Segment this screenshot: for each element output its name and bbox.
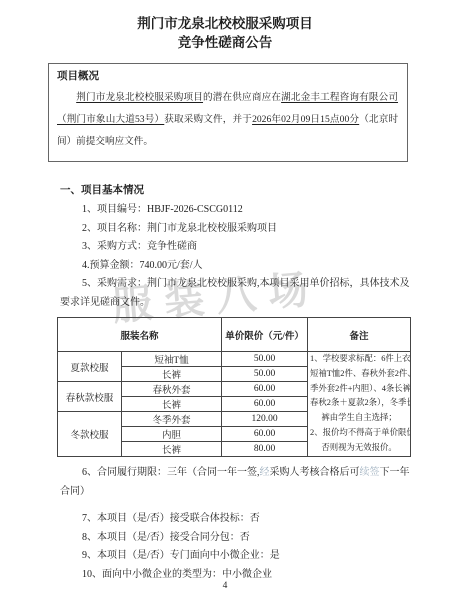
item-requirement: 5、采购需求：荆门市龙泉北校校服采购,本项目采用单价招标，具体技术及要求详见磋商… bbox=[60, 275, 410, 312]
item-price-cell: 60.00 bbox=[222, 382, 308, 397]
page-title-line1: 荆门市龙泉北校校服采购项目 bbox=[0, 14, 450, 33]
remark-line: 1、学校要求标配：6件上衣（ bbox=[310, 352, 408, 367]
project-overview-box: 项目概况 荆门市龙泉北校校服采购项目的潜在供应商应在湖北金丰工程咨询有限公司（荆… bbox=[48, 63, 408, 162]
item-name-cell: 长裤 bbox=[122, 442, 222, 457]
remark-line: 否则视为无效报价。 bbox=[310, 441, 408, 456]
table-header-row: 服装名称 单价限价（元/件） 备注 bbox=[58, 318, 411, 352]
item-name-cell: 内胆 bbox=[122, 427, 222, 442]
item-name-cell: 冬季外套 bbox=[122, 412, 222, 427]
remark-line: 短袖T恤2件、春秋外套2件、冬 bbox=[310, 367, 408, 382]
category-winter: 冬款校服 bbox=[58, 412, 122, 457]
item-price-cell: 60.00 bbox=[222, 397, 308, 412]
contract-term-gray-1: 经 bbox=[260, 467, 270, 478]
category-spring-autumn: 春秋款校服 bbox=[58, 382, 122, 412]
item-project-number: 1、项目编号：HBJF-2026-CSCG0112 bbox=[60, 201, 410, 220]
contract-term-gray-2: 续签 bbox=[360, 467, 380, 478]
remark-line: 春秋2条＋夏款2条），冬季长 bbox=[310, 396, 408, 411]
contract-term-text-2: 采购人考核合格后可 bbox=[270, 467, 360, 478]
remark-line: 2、报价均不得高于单价限价， bbox=[310, 426, 408, 441]
overview-text-2: 获取采购文件，并于 bbox=[164, 114, 252, 125]
overview-heading: 项目概况 bbox=[57, 70, 398, 84]
item-name-cell: 长裤 bbox=[122, 367, 222, 382]
col-header-unit-price-limit: 单价限价（元/件） bbox=[222, 318, 308, 352]
col-header-remark: 备注 bbox=[308, 318, 411, 352]
col-header-clothing-name: 服装名称 bbox=[58, 318, 222, 352]
item-procurement-method: 3、采购方式：竞争性磋商 bbox=[60, 238, 410, 257]
item-price-cell: 80.00 bbox=[222, 442, 308, 457]
item-consortium-bid: 7、本项目（是/否）接受联合体投标：否 bbox=[60, 510, 410, 529]
item-name-cell: 春秋外套 bbox=[122, 382, 222, 397]
category-summer: 夏款校服 bbox=[58, 352, 122, 382]
project-name-underlined: 荆门市龙泉北校校服采购项目 bbox=[76, 92, 203, 103]
page-title: 荆门市龙泉北校校服采购项目 竞争性磋商公告 bbox=[0, 0, 450, 52]
table-row: 夏款校服 短袖T恤 50.00 1、学校要求标配：6件上衣（ 短袖T恤2件、春秋… bbox=[58, 352, 411, 367]
document-page: 服装八场 荆门市龙泉北校校服采购项目 竞争性磋商公告 项目概况 荆门市龙泉北校校… bbox=[0, 0, 450, 600]
contract-term-text-1: 6、合同履行期限：三年（合同一年一签, bbox=[82, 467, 260, 478]
item-project-name: 2、项目名称：荆门市龙泉北校校服采购项目 bbox=[60, 220, 410, 239]
item-price-cell: 50.00 bbox=[222, 352, 308, 367]
item-price-cell: 60.00 bbox=[222, 427, 308, 442]
item-contract-term: 6、合同履行期限：三年（合同一年一签,经采购人考核合格后可续签下一年合同） bbox=[60, 464, 410, 501]
item-name-cell: 长裤 bbox=[122, 397, 222, 412]
item-name-cell: 短袖T恤 bbox=[122, 352, 222, 367]
remark-line: 季外套2件+内胆）、4条长裤（ bbox=[310, 382, 408, 397]
overview-text-1: 的潜在供应商应在 bbox=[203, 92, 281, 103]
item-subcontract: 8、本项目（是/否）接受合同分包：否 bbox=[60, 529, 410, 548]
remark-cell: 1、学校要求标配：6件上衣（ 短袖T恤2件、春秋外套2件、冬 季外套2件+内胆）… bbox=[308, 352, 411, 457]
overview-paragraph: 荆门市龙泉北校校服采购项目的潜在供应商应在湖北金丰工程咨询有限公司（荆门市象山大… bbox=[57, 87, 398, 153]
page-title-line2: 竞争性磋商公告 bbox=[0, 33, 450, 52]
item-price-cell: 50.00 bbox=[222, 367, 308, 382]
item-sme-oriented: 9、本项目（是/否）专门面向中小微企业：是 bbox=[60, 547, 410, 566]
item-sme-type: 10、面向中小微企业的类型为：中小微企业 bbox=[60, 566, 410, 585]
uniform-price-table: 服装名称 单价限价（元/件） 备注 夏款校服 短袖T恤 50.00 1、学校要求… bbox=[57, 317, 411, 457]
section-basic-info-heading: 一、项目基本情况 bbox=[60, 183, 408, 198]
item-budget: 4.预算金额：740.00元/套/人 bbox=[60, 257, 410, 276]
remark-line: 裤由学生自主选择； bbox=[310, 411, 408, 426]
item-price-cell: 120.00 bbox=[222, 412, 308, 427]
deadline-underlined: 2026年02月09日15点00分 bbox=[252, 114, 359, 125]
